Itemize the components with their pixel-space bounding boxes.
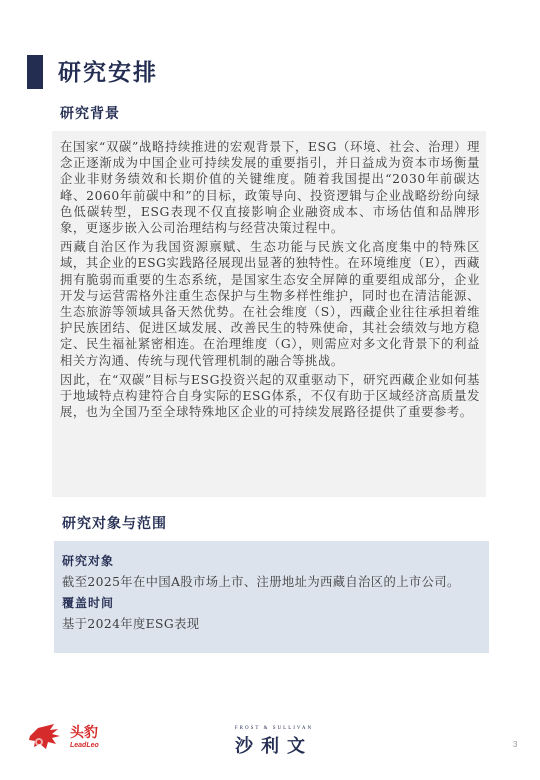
leadleo-name-en: LeadLeo	[70, 742, 99, 749]
frost-sullivan-logo: FROST & SULLIVAN 沙利文	[228, 726, 320, 758]
scope-label-period: 覆盖时间	[62, 595, 483, 612]
frost-sullivan-name-cn: 沙利文	[228, 732, 320, 758]
scope-value-subject: 截至2025年在中国A股市场上市、注册地址为西藏自治区的上市公司。	[62, 572, 483, 592]
background-text-box: 在国家“双碳”战略持续推进的宏观背景下，ESG（环境、社会、治理）理念正逐渐成为…	[52, 131, 486, 497]
scope-value-period: 基于2024年度ESG表现	[62, 614, 483, 634]
background-paragraph-3: 因此，在“双碳”目标与ESG投资兴起的双重驱动下，研究西藏企业如何基于地域特点构…	[60, 372, 480, 421]
frost-sullivan-name-en: FROST & SULLIVAN	[228, 726, 320, 731]
background-paragraph-2: 西藏自治区作为我国资源禀赋、生态功能与民族文化高度集中的特殊区域，其企业的ESG…	[60, 239, 480, 369]
scope-label-subject: 研究对象	[62, 553, 483, 570]
leadleo-logo: 头豹 LeadLeo	[28, 722, 99, 752]
title-accent-bar	[27, 55, 43, 89]
section-title-background: 研究背景	[60, 103, 120, 123]
page-number: 3	[513, 740, 517, 749]
background-paragraph-1: 在国家“双碳”战略持续推进的宏观背景下，ESG（环境、社会、治理）理念正逐渐成为…	[60, 139, 480, 236]
leadleo-name-cn: 头豹	[70, 726, 99, 740]
section-title-scope: 研究对象与范围	[62, 513, 167, 533]
page-title: 研究安排	[58, 57, 158, 89]
leopard-head-icon	[28, 722, 64, 752]
scope-box: 研究对象 截至2025年在中国A股市场上市、注册地址为西藏自治区的上市公司。 覆…	[54, 541, 489, 653]
